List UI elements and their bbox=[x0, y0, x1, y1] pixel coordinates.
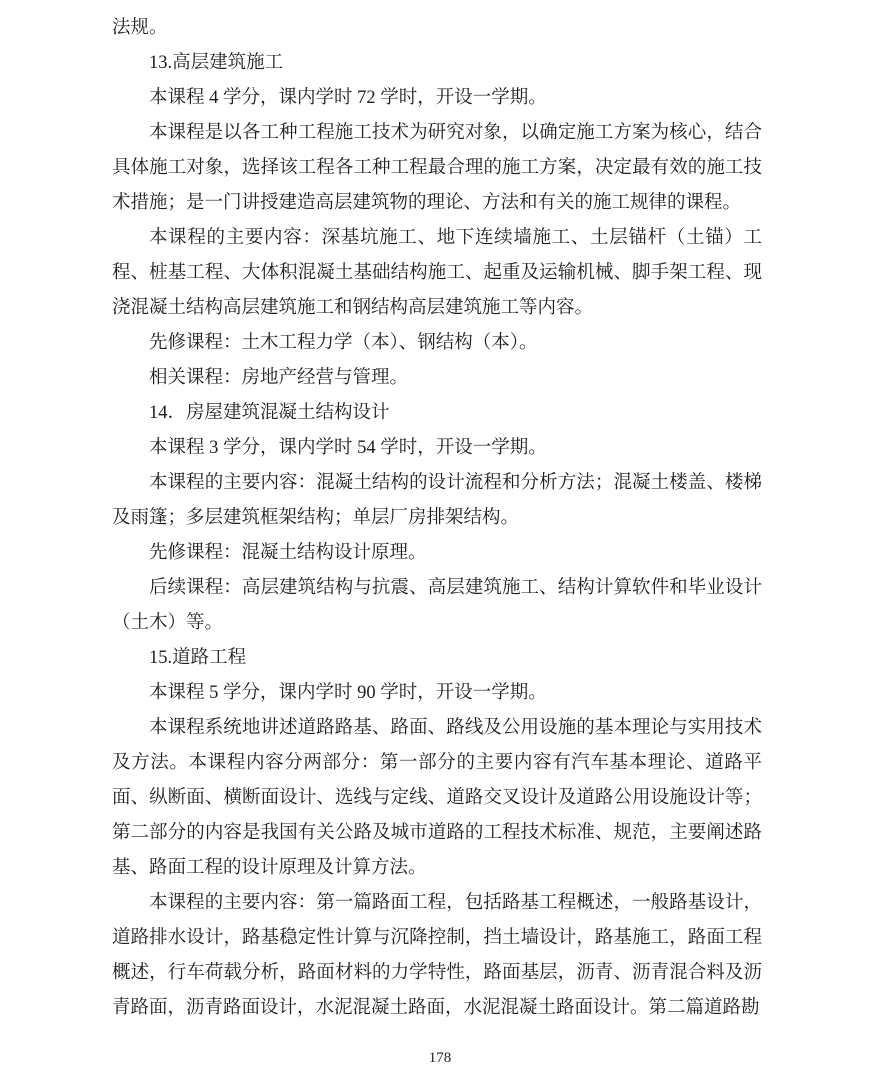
paragraph: 先修课程：土木工程力学（本）、钢结构（本）。 bbox=[112, 326, 762, 361]
paragraph: 本课程的主要内容：混凝土结构的设计流程和分析方法；混凝土楼盖、楼梯及雨篷；多层建… bbox=[112, 466, 762, 536]
paragraph: 法规。 bbox=[112, 11, 762, 46]
paragraph: 相关课程：房地产经营与管理。 bbox=[112, 361, 762, 396]
course-heading: 14．房屋建筑混凝土结构设计 bbox=[112, 396, 762, 431]
course-heading: 13.高层建筑施工 bbox=[112, 46, 762, 81]
page-number: 178 bbox=[0, 1050, 880, 1067]
paragraph: 后续课程：高层建筑结构与抗震、高层建筑施工、结构计算软件和毕业设计（土木）等。 bbox=[112, 571, 762, 641]
paragraph: 本课程 5 学分，课内学时 90 学时，开设一学期。 bbox=[112, 676, 762, 711]
document-page: 法规。13.高层建筑施工本课程 4 学分，课内学时 72 学时，开设一学期。本课… bbox=[0, 0, 880, 1084]
paragraph: 本课程的主要内容：第一篇路面工程，包括路基工程概述，一般路基设计，道路排水设计，… bbox=[112, 886, 762, 1026]
course-heading: 15.道路工程 bbox=[112, 641, 762, 676]
paragraph: 本课程 4 学分，课内学时 72 学时，开设一学期。 bbox=[112, 81, 762, 116]
paragraph: 本课程系统地讲述道路路基、路面、路线及公用设施的基本理论与实用技术及方法。本课程… bbox=[112, 711, 762, 886]
page-content: 法规。13.高层建筑施工本课程 4 学分，课内学时 72 学时，开设一学期。本课… bbox=[112, 11, 762, 1026]
paragraph: 本课程的主要内容：深基坑施工、地下连续墙施工、土层锚杆（土锚）工程、桩基工程、大… bbox=[112, 221, 762, 326]
paragraph: 本课程 3 学分，课内学时 54 学时，开设一学期。 bbox=[112, 431, 762, 466]
paragraph: 本课程是以各工种工程施工技术为研究对象，以确定施工方案为核心，结合具体施工对象，… bbox=[112, 116, 762, 221]
paragraph: 先修课程：混凝土结构设计原理。 bbox=[112, 536, 762, 571]
